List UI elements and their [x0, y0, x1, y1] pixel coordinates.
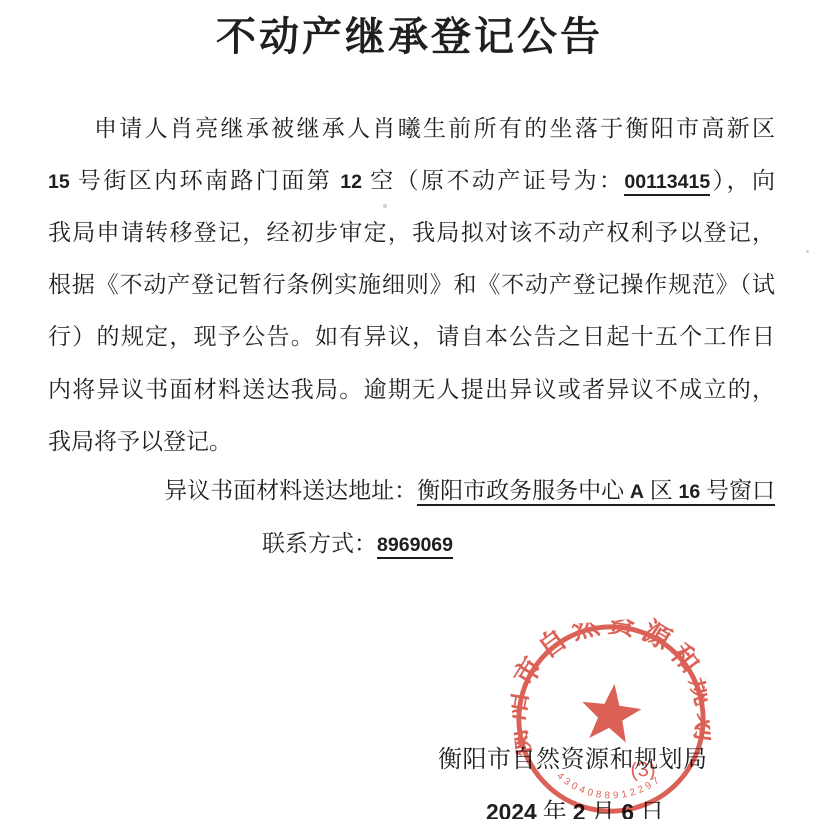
- address-line: 异议书面材料送达地址：衡阳市政务服务中心 A 区 16 号窗口: [48, 477, 775, 506]
- body-text: 号街区内环南路门面第: [70, 168, 341, 193]
- body-line-7: 我局将予以登记。: [48, 428, 775, 457]
- official-seal: 衡阳市自然资源和规划局 (3) 4304088912297: [505, 613, 717, 819]
- body-text: 联系方式：: [262, 531, 377, 556]
- number-text: 16: [679, 481, 701, 506]
- body-text: 我局将予以登记。: [48, 429, 232, 454]
- star-icon: [578, 680, 644, 744]
- number-text: A: [630, 481, 644, 506]
- seal-ring-text: 衡阳市自然资源和规划局: [505, 613, 717, 768]
- number-text: 15: [48, 171, 70, 193]
- seal-graphic: 衡阳市自然资源和规划局 (3) 4304088912297: [505, 613, 717, 819]
- body-line-2: 15 号街区内环南路门面第 12 空（原不动产证号为：00113415），向: [48, 167, 775, 196]
- body-text: 衡阳市政务服务中心: [417, 478, 630, 506]
- body-text: 空（原不动产证号为：: [362, 168, 624, 193]
- number-text: 8969069: [377, 534, 453, 559]
- body-text: 号窗口: [700, 478, 775, 506]
- body-line-5: 行）的规定，现予公告。如有异议，请自本公告之日起十五个工作日: [48, 323, 775, 352]
- scan-speck: [806, 250, 809, 253]
- svg-text:衡阳市自然资源和规划局: 衡阳市自然资源和规划局: [505, 613, 717, 768]
- body-text: 我局申请转移登记，经初步审定，我局拟对该不动产权利予以登记，: [48, 220, 775, 245]
- number-text: 12: [340, 171, 362, 193]
- body-text: 异议书面材料送达地址：: [164, 478, 417, 503]
- body-text: 根据《不动产登记暂行条例实施细则》和《不动产登记操作规范》（试: [48, 272, 775, 297]
- body-line-1: 申请人肖亮继承被继承人肖曦生前所有的坐落于衡阳市高新区: [48, 115, 775, 144]
- body-text: ），向: [710, 168, 775, 193]
- number-text: 00113415: [624, 171, 710, 196]
- body-text: 行）的规定，现予公告。如有异议，请自本公告之日起十五个工作日: [48, 324, 775, 349]
- contact-line: 联系方式：8969069: [262, 530, 453, 559]
- document-title: 不动产继承登记公告: [0, 5, 819, 62]
- body-line-6: 内将异议书面材料送达我局。逾期无人提出异议或者异议不成立的，: [48, 376, 775, 405]
- scanned-document-page: 不动产继承登记公告 申请人肖亮继承被继承人肖曦生前所有的坐落于衡阳市高新区 15…: [0, 0, 819, 819]
- body-text: 申请人肖亮继承被继承人肖曦生前所有的坐落于衡阳市高新区: [94, 116, 775, 141]
- body-line-3: 我局申请转移登记，经初步审定，我局拟对该不动产权利予以登记，: [48, 219, 775, 248]
- body-text: 内将异议书面材料送达我局。逾期无人提出异议或者异议不成立的，: [48, 377, 775, 402]
- body-line-4: 根据《不动产登记暂行条例实施细则》和《不动产登记操作规范》（试: [48, 271, 775, 300]
- body-text: 区: [644, 478, 679, 506]
- scan-speck: [383, 204, 387, 208]
